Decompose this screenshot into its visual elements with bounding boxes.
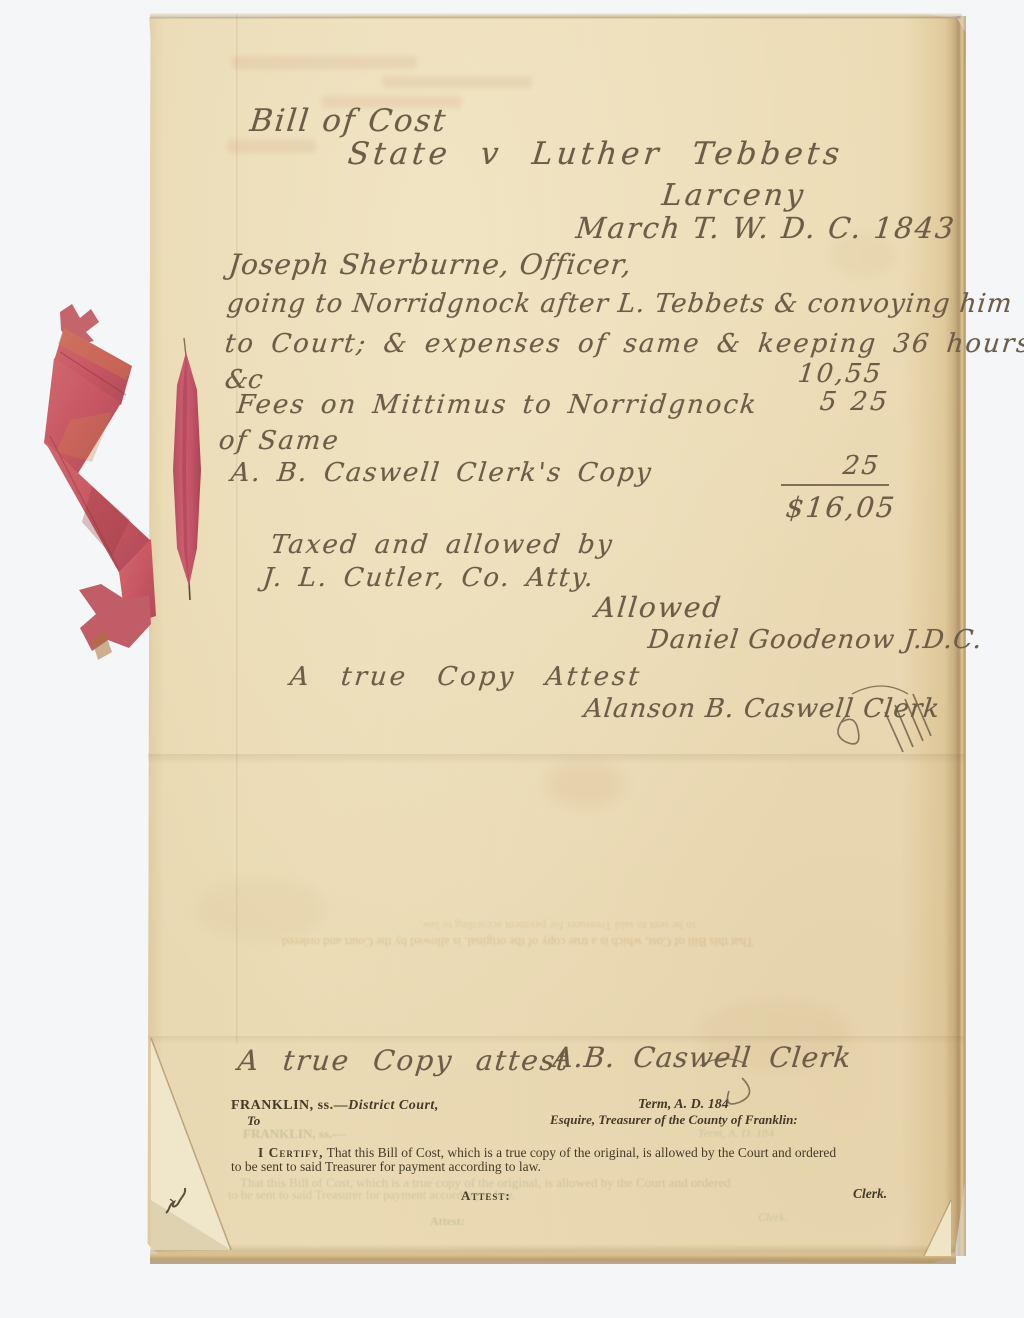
clerk-copy-line: A. B. Caswell Clerk's Copy <box>229 458 654 488</box>
case-caption: State v Luther Tebbets <box>346 136 845 172</box>
officer-line: Joseph Sherburne, Officer, <box>227 248 633 281</box>
ribbon-crumpled <box>44 304 156 660</box>
printed-clerk-label: Clerk. <box>853 1186 887 1202</box>
ghost-clerk-label: Clerk. <box>758 1210 788 1225</box>
clerk-copy-amount: 25 <box>841 451 881 481</box>
taxed-line-2: J. L. Cutler, Co. Atty. <box>261 563 596 593</box>
total-rule <box>781 484 889 486</box>
printed-county-line: FRANKLIN, ss.—District Court, <box>231 1098 439 1114</box>
fees-line: Fees on Mittimus to Norridgnock <box>235 390 759 420</box>
printed-certify-line-2: to be sent to said Treasurer for payment… <box>231 1159 541 1175</box>
printed-term-line: Term, A. D. 184 <box>638 1097 729 1113</box>
court-name: District Court, <box>348 1098 439 1113</box>
bottom-clerk-signature: A.B. Caswell Clerk <box>551 1041 853 1074</box>
certify-lead: I Certify, <box>258 1145 323 1160</box>
ghost-certify-line: to be sent to said Treasurer for payment… <box>228 1188 515 1203</box>
certify-rest: That this Bill of Cost, which is a true … <box>323 1145 836 1160</box>
scanned-document: Bill of Cost State v Luther Tebbets Larc… <box>0 0 1024 1318</box>
ghost-attest-label: Attest: <box>430 1214 465 1229</box>
ghost-mid-page-line: to be sent to said Treasurer for payment… <box>420 918 695 933</box>
court-term-line: March T. W. D. C. 1843 <box>574 211 957 245</box>
fees-line-2: of Same <box>217 426 341 456</box>
ghost-mid-page-line: That this Bill of Cost, which is a true … <box>282 934 754 949</box>
total-amount: $16,05 <box>784 491 897 524</box>
bleed-through-mark <box>232 56 417 69</box>
paper-stain <box>195 880 325 940</box>
bottom-attest-line: A true Copy attest <box>236 1044 571 1077</box>
attest-line: A true Copy Attest <box>288 662 643 692</box>
fees-amount: 5 25 <box>818 387 891 417</box>
page-stack-bottom-edge <box>150 1244 956 1264</box>
charge-line: Larceny <box>660 178 808 213</box>
service-line-2: to Court; & expenses of same & keeping 3… <box>223 329 1024 359</box>
bleed-through-mark <box>228 140 316 153</box>
judge-signature: Daniel Goodenow J.D.C. <box>646 625 984 655</box>
page-stack-top-edge <box>150 13 962 19</box>
county-name: FRANKLIN, ss.— <box>231 1098 348 1113</box>
clerk-signature: Alanson B. Caswell Clerk <box>582 694 941 724</box>
doc-title: Bill of Cost <box>248 103 449 139</box>
service-amount: 10,55 <box>796 359 884 389</box>
taxed-line-1: Taxed and allowed by <box>269 530 615 560</box>
service-line-1: going to Norridgnock after L. Tebbets & … <box>225 289 1014 319</box>
allowed-label: Allowed <box>593 591 724 624</box>
paper-stain <box>545 760 625 808</box>
ghost-term-line: Term, A. D. 184 <box>698 1126 774 1141</box>
horizontal-fold-crease <box>148 754 964 764</box>
ghost-county-line: FRANKLIN, ss.— <box>243 1126 345 1142</box>
bleed-through-mark <box>382 76 532 88</box>
